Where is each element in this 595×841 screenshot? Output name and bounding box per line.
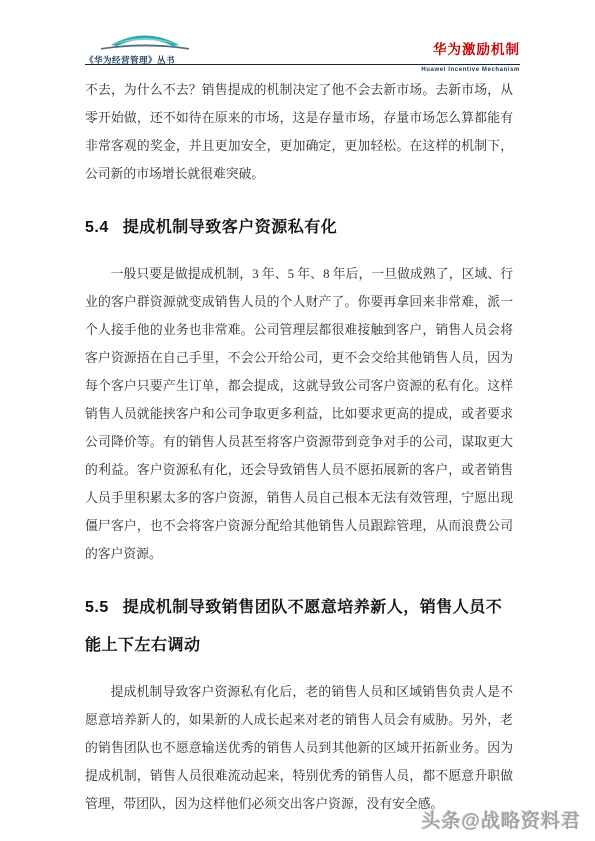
header-left: 《华为经营管理》丛书 [85, 30, 285, 66]
section-heading-5-5: 5.5提成机制导致销售团队不愿意培养新人，销售人员不能上下左右调动 [85, 589, 513, 665]
mountain-logo-icon [97, 30, 193, 52]
book-title: 华为激励机制 [433, 38, 520, 58]
book-title-english: Huawei Incentive Mechanism [421, 67, 520, 73]
section-number: 5.5 [85, 599, 109, 616]
page-content: 不去，为什么不去？销售提成的机制决定了他不会去新市场。去新市场，从零开始做，还不… [85, 76, 513, 818]
section-title: 提成机制导致销售团队不愿意培养新人，销售人员不能上下左右调动 [85, 599, 502, 654]
paragraph-continuation: 不去，为什么不去？销售提成的机制决定了他不会去新市场。去新市场，从零开始做，还不… [85, 76, 513, 188]
section-heading-5-4: 5.4提成机制导致客户资源私有化 [85, 209, 513, 247]
section-5-5-paragraph: 提成机制导致客户资源私有化后，老的销售人员和区域销售负责人是不愿意培养新人的，如… [85, 678, 513, 818]
section-title: 提成机制导致客户资源私有化 [123, 219, 338, 236]
section-number: 5.4 [85, 219, 109, 236]
document-page: 《华为经营管理》丛书 华为激励机制 Huawei Incentive Mecha… [0, 0, 595, 841]
section-5-4-paragraph: 一般只要是做提成机制，3 年、5 年、8 年后，一旦做成熟了，区域、行业的客户群… [85, 260, 513, 568]
header-divider [85, 64, 520, 65]
watermark: 头条@战略资料君 [421, 806, 581, 833]
